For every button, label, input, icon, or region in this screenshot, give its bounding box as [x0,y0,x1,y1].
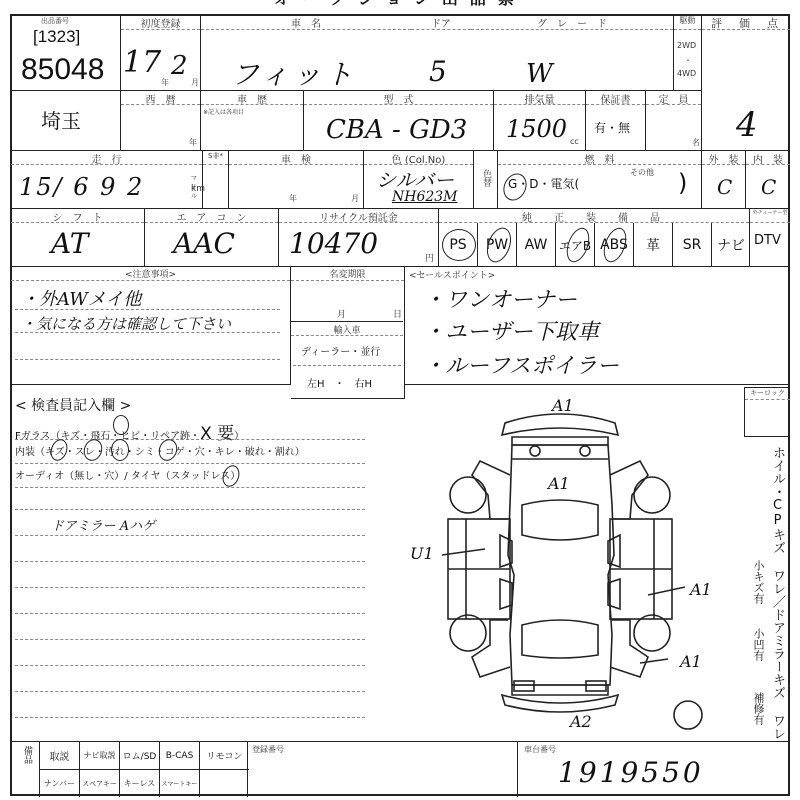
warranty-cell: 保証書 有・無 [586,91,646,151]
inspection-cell: 車 検 年 月 [229,151,364,209]
glass-chip-circle [113,415,129,435]
acc-rom-sd: ロム/SD [120,742,160,770]
prefecture: 埼玉 [41,105,81,134]
sales-points-cell: <セールスポイント> ・ワンオーナー ・ユーザー下取車 ・ルーフスポイラー [405,267,790,385]
recycle-fee: 10470 [289,227,378,260]
inspector-rule-2 [15,463,365,464]
color-cell: 色 (Col.No) シルバー NH623M [364,151,474,209]
notes-line-1: ・外AWメイ他 [21,285,141,311]
interior-circle-3 [111,439,129,461]
sales-point-1: ・ワンオーナー [423,283,577,314]
equipment-navi: ナビ [712,223,750,267]
grade: W [526,59,553,89]
acc-bcas: B-CAS [160,742,200,770]
inspection-year-unit: 年 [289,193,297,204]
name-change-divider [291,321,403,322]
accessories-label: 備品 [21,746,34,794]
first-registration-cell: 初度登録 17 年 2 月 [121,15,201,91]
prefecture-cell: 埼玉 [11,91,121,151]
first-registration-label: 初度登録 [121,15,200,30]
inspector-rule-5 [15,535,365,536]
lot-tag-label: 出品番号 [41,16,69,26]
equipment-ps: PS [439,223,478,267]
mark-left-door: U1 [410,544,434,563]
inspector-rule-1 [15,439,365,440]
year-unit: 年 [161,77,169,88]
glass-suffix: ） [234,431,244,442]
calendar-year-unit: 年 [189,137,197,148]
exterior-grade: C [717,175,732,199]
acc-number-plate: ナンバー [40,770,80,797]
key-lock-label: キーロック [745,388,790,400]
drive-sep: ・ [684,55,692,66]
notes-rule-3 [15,359,280,360]
notes-label: <注意事項> [11,267,290,281]
registration-number-label: 登録番号 [252,744,284,755]
footer: 備品 取説 ナビ取説 ロム/SD B-CAS リモコン ナンバー スペアキー キ… [11,741,790,796]
chassis-number-cell: 車台番号 1919550 [518,742,790,797]
equipment-aw: AW [517,223,556,267]
small-scratch-note: 小キズ有 [752,560,764,604]
door-count: 5 [429,55,447,88]
acc-spare-key: スペアキー [80,770,120,797]
import-options: ディーラー・並行 [301,343,380,358]
inspector-glass-line: Fガラス（キズ・飛石・ヒビ・リペア跡・X 要） [15,419,244,444]
history-cell: 車 歴 ※記入は各項目 [201,91,304,151]
inspector-handwritten-note: ドアミラー Aハゲ [51,515,155,534]
mark-rear-bumper: A2 [570,712,592,731]
aircon: AAC [173,227,235,260]
acc-smart-key: スマートキー [160,770,200,797]
history-note: ※記入は各項目 [203,107,244,116]
name-change-day: 日 [393,307,402,320]
acc-manual: 取説 [40,742,80,770]
fuel-close-paren: ) [678,169,687,197]
interior-label: 内 装 [746,151,790,165]
inspection-month-unit: 月 [351,193,359,204]
fuel-options: G・D・電気( [508,175,579,192]
evaluation-score: 4 [736,105,758,145]
displacement-label: 排気量 [494,91,585,105]
mark-hood: A1 [548,474,570,493]
drive-2wd: 2WD [677,41,696,50]
score-label: 評 価 点 [702,15,790,30]
inspector-rule-11 [15,691,365,692]
drive-4wd: 4WD [677,69,696,78]
import-rule [293,365,401,366]
inspector-rule-4 [15,509,365,510]
key-lock-box: キーロック [744,387,790,437]
meter-label: S非* [203,151,228,165]
chassis-number: 1919550 [558,756,704,789]
equipment-dtv: DTV [754,233,781,248]
equipment-pw: PW [478,223,517,267]
calendar-label: 西 暦 [121,91,200,105]
equipment-label: 純 正 装 備 品 [439,209,749,223]
notes-cell: <注意事項> ・外AWメイ他 ・気になる方は確認して下さい [11,267,291,385]
score-cell: 評 価 点 4 [702,15,790,151]
chassis-number-label: 車台番号 [524,744,556,755]
color-change-cell: 色替 [474,151,498,209]
interior-grade: C [761,175,776,199]
car-name: フィット [231,53,357,93]
accessories-grid: 取説 ナビ取説 ロム/SD B-CAS リモコン ナンバー スペアキー キーレス… [39,742,248,797]
fuel-other-label: その他 [630,167,654,178]
displacement-cell: 排気量 1500 cc [494,91,586,151]
interior-cell: 内 装 C [746,151,790,209]
history-label: 車 歴 [201,91,303,105]
inspector-section: < 検査員記入欄 > Fガラス（キズ・飛石・ヒビ・リペア跡・X 要） 内装（キズ… [11,385,411,741]
recycle-unit: 円 [425,251,434,264]
exterior-cell: 外 装 C [702,151,746,209]
glass-replace-required: X 要 [200,424,234,444]
small-dent-note: 小凹有 [752,628,764,661]
lot-code: [1323] [33,27,80,47]
name-change-month: 月 [337,307,346,320]
acc-keyless: キーレス [120,770,160,797]
inspector-rule-3 [15,487,365,488]
drive-cell: 駆動 2WD ・ 4WD [674,15,702,91]
inspector-rule-8 [15,613,365,614]
inspector-rule-10 [15,665,365,666]
shift-label: シ フ ト [11,209,144,223]
name-change-label: 名変期限 [291,267,404,281]
car-name-cell: 車 名 フィット [201,15,411,91]
door-cell: ドア 5 [411,15,471,91]
mileage-label: 走 行 [11,151,202,165]
color-label: 色 (Col.No) [364,151,473,165]
mileage: 15/ 6 9 2 [19,173,144,201]
model-label: 型 式 [304,91,493,105]
import-label: 輸入車 [291,323,403,336]
tuner-cell: 外チューナー型 DTV [750,209,790,267]
equipment-sunroof: SR [673,223,712,267]
fuel-label: 燃 料 [498,151,701,165]
inspector-label: < 検査員記入欄 > [15,395,131,415]
registration-number-cell: 登録番号 [248,742,518,797]
drive-label: 駆動 [674,15,701,30]
equipment-leather: 革 [634,223,673,267]
aircon-label: エ ア コ ン [145,209,278,223]
mark-right-rear-door: A1 [690,580,712,599]
lot-box: 出品番号 [1323] 85048 [11,15,121,91]
first-registration-year: 17 [123,45,161,80]
warranty-options: 有・無 [594,119,630,136]
door-label: ドア [411,15,471,30]
sheet-title-partial: オークション出品票 [250,0,550,4]
acc-navi-manual: ナビ取説 [80,742,120,770]
meter-cell: S非* [203,151,229,209]
displacement-unit: cc [570,137,579,146]
mark-front-bumper: A1 [552,396,574,415]
lot-number: 85048 [21,53,104,87]
inspector-audio-tire-line: オーディオ（無し・穴）/ タイヤ（スタッドレス） [15,467,240,482]
recycle-cell: リサイクル預託金 10470 円 [279,209,439,267]
repair-note: 補修有 [752,692,764,725]
model-code: CBA - GD3 [326,115,467,145]
equipment-abs: ABS [595,223,634,267]
capacity-cell: 定 員 名 [646,91,702,151]
displacement: 1500 [506,115,567,143]
aircon-cell: エ ア コ ン AAC [145,209,279,267]
acc-remote: リモコン [200,742,249,770]
inspector-rule-7 [15,587,365,588]
color-change-label: 色替 [480,169,493,187]
first-registration-month: 2 [171,51,188,81]
equipment-list: PS PW AW エアB ABS 革 SR ナビ [439,223,750,267]
sales-point-2: ・ユーザー下取車 [423,315,599,346]
model-cell: 型 式 CBA - GD3 [304,91,494,151]
color-code: NH623M [392,189,458,205]
equipment-cell: 純 正 装 備 品 PS PW AW エアB ABS 革 SR ナビ [439,209,750,267]
warranty-label: 保証書 [586,91,645,105]
grade-label: グ レ ー ド [471,15,673,30]
inspector-rule-9 [15,639,365,640]
mark-right-rear-fender: A1 [680,652,702,671]
capacity-label: 定 員 [646,91,701,105]
equipment-airbag: エアB [556,223,595,267]
mileage-cell: 走 行 15/ 6 9 2 マイル km [11,151,203,209]
exterior-label: 外 装 [702,151,745,165]
calendar-year-cell: 西 暦 年 [121,91,201,151]
inspector-rule-6 [15,561,365,562]
car-name-label: 車 名 [201,15,411,30]
inspection-label: 車 検 [229,151,363,165]
shift-cell: シ フ ト AT [11,209,145,267]
notes-line-2: ・気になる方は確認して下さい [21,313,231,334]
car-damage-diagram [400,395,720,735]
sales-point-3: ・ルーフスポイラー [423,349,619,380]
tuner-label: 外チューナー型 [750,209,790,223]
name-change-cell: 名変期限 月 日 輸入車 ディーラー・並行 左H ・ 右H [291,267,405,399]
fuel-cell: 燃 料 G・D・電気( その他 ) [498,151,702,209]
inspector-rule-12 [15,717,365,718]
recycle-label: リサイクル預託金 [279,209,438,223]
month-unit: 月 [191,77,199,88]
sales-points-label: <セールスポイント> [409,268,495,281]
shift: AT [51,227,88,260]
grade-cell: グ レ ー ド W [471,15,674,91]
wheel-mirror-note: ホイル・CPキズ ワレ／ドアミラーキズ ワレ [770,446,784,740]
capacity-unit: 名 [692,137,700,148]
